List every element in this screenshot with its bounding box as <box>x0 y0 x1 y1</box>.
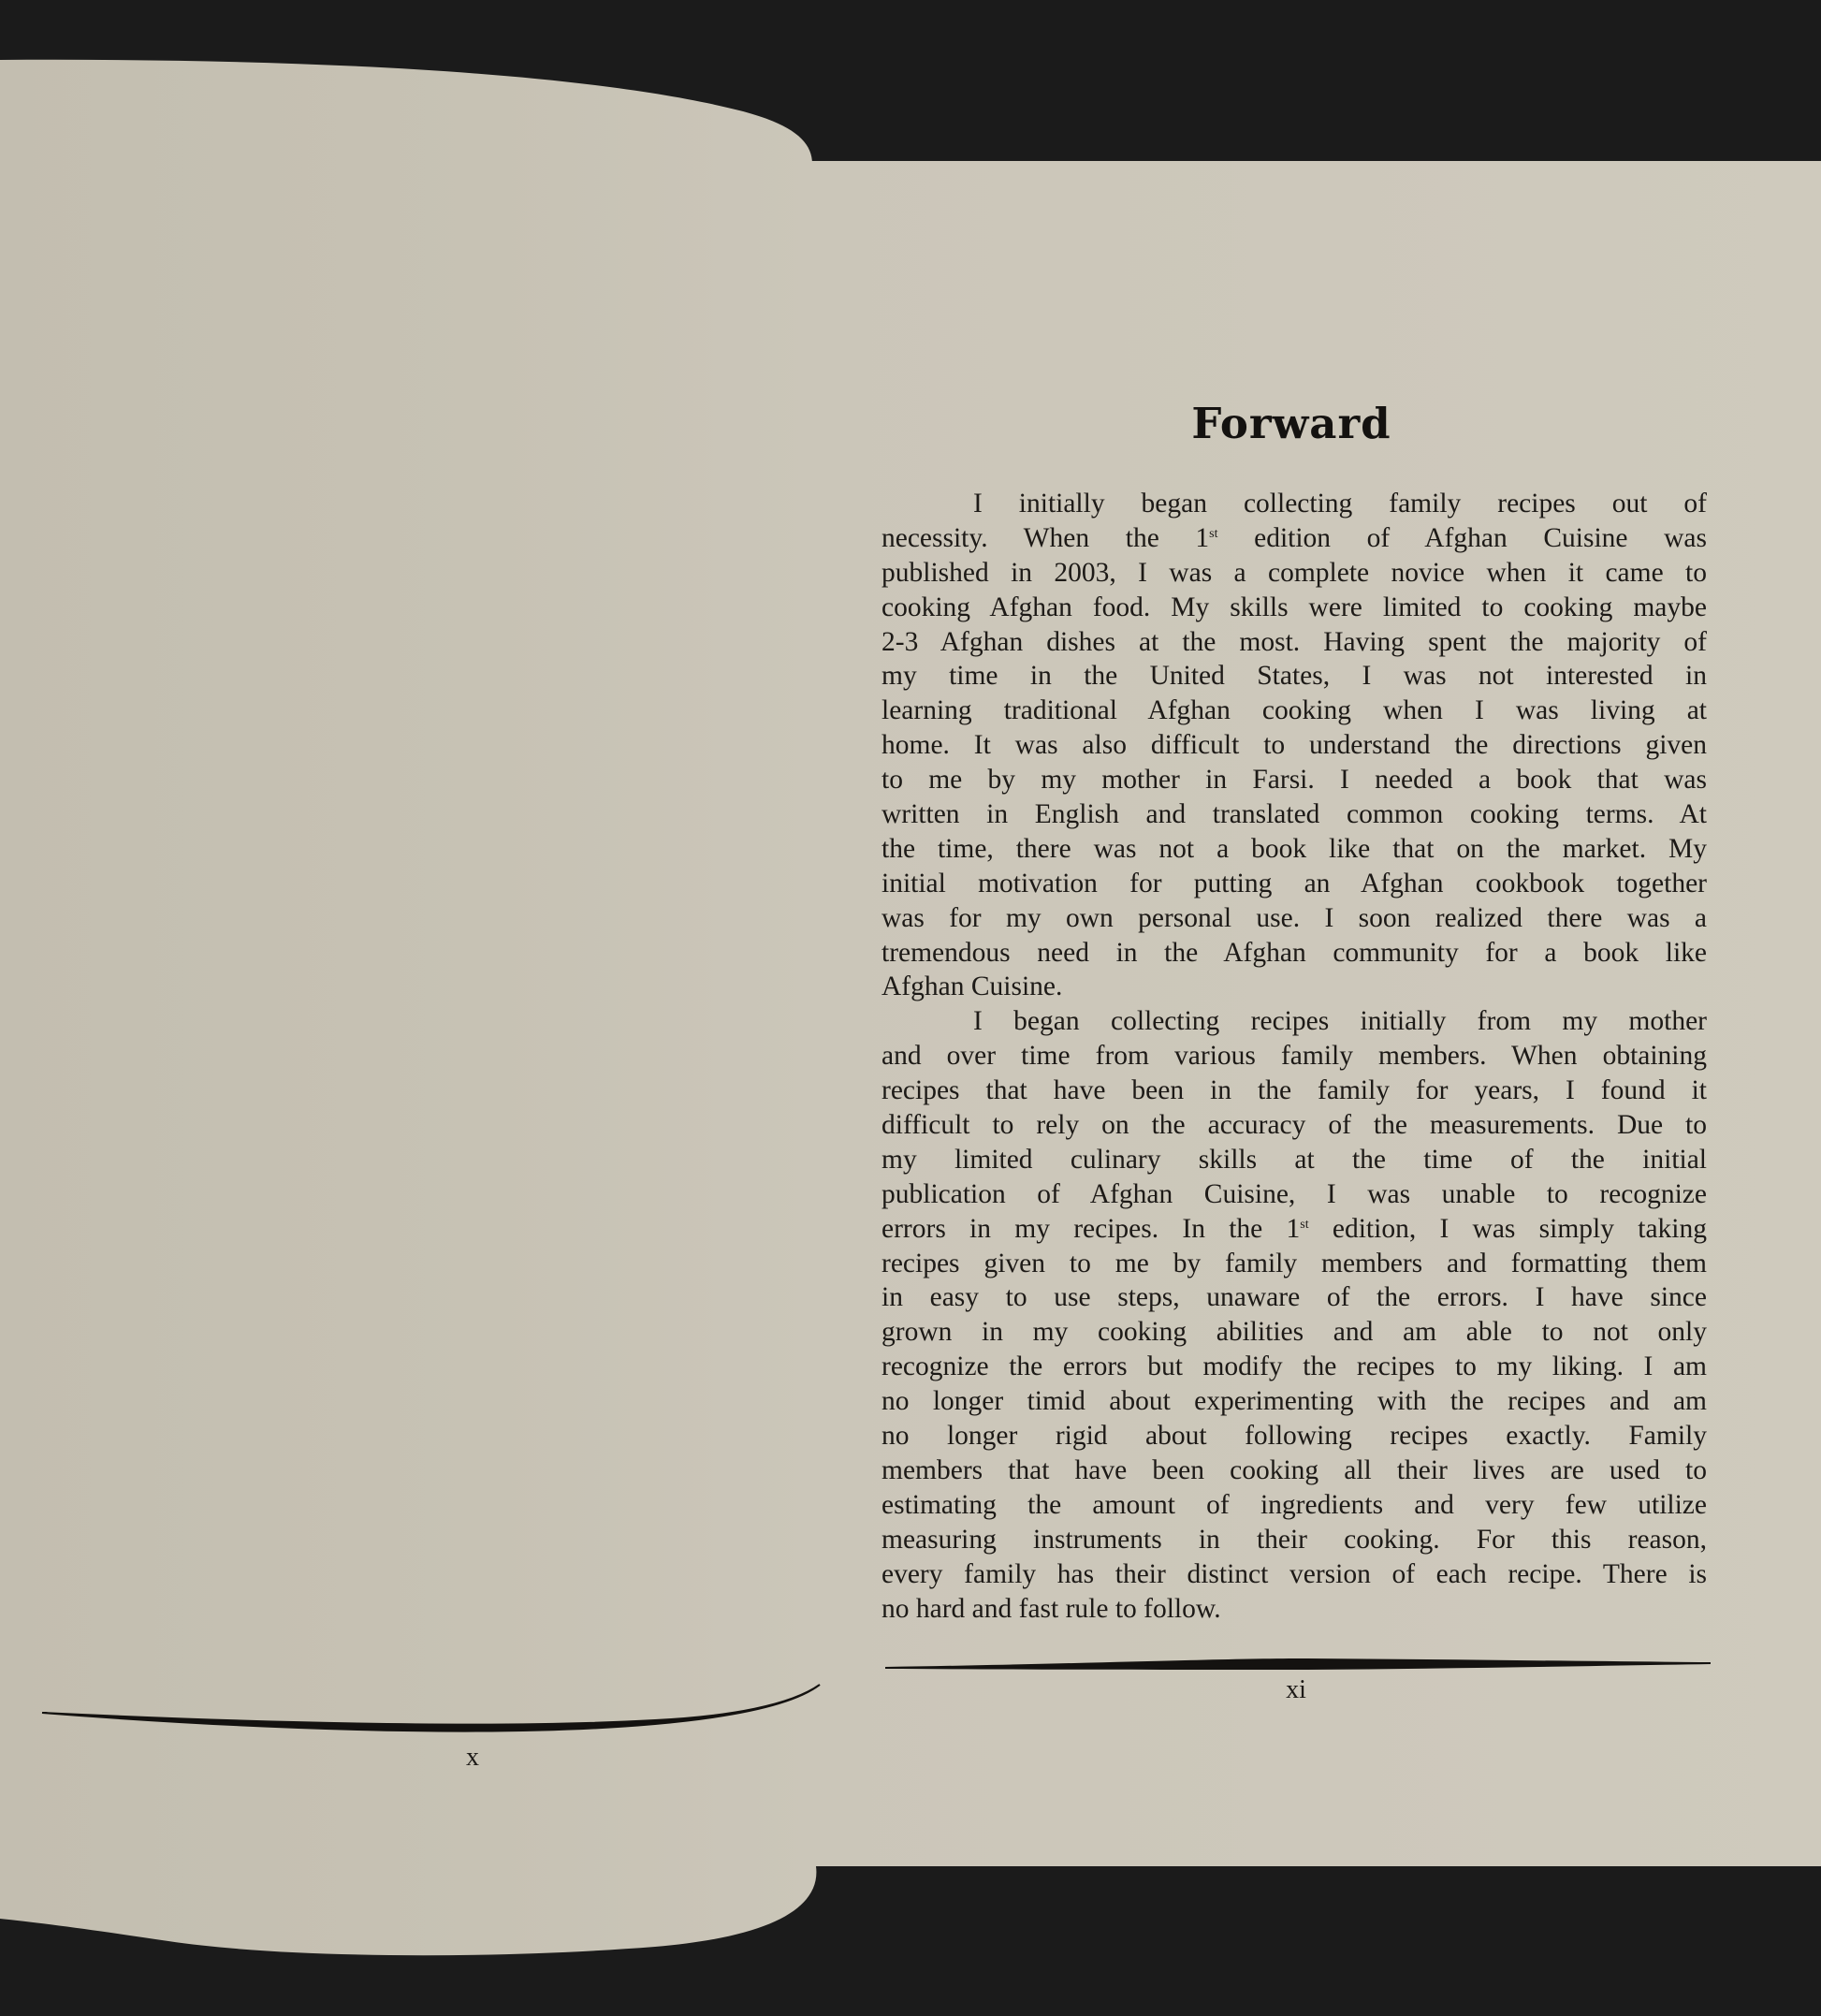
text-line: grown in my cooking abilities and am abl… <box>881 1315 1707 1350</box>
text-line: I initially began collecting family reci… <box>881 487 1707 521</box>
text-line: recognize the errors but modify the reci… <box>881 1350 1707 1384</box>
text-line: written in English and translated common… <box>881 797 1707 832</box>
text-line: was for my own personal use. I soon real… <box>881 901 1707 936</box>
text-line: 2-3 Afghan dishes at the most. Having sp… <box>881 625 1707 660</box>
text-line: initial motivation for putting an Afghan… <box>881 867 1707 901</box>
text-line: published in 2003, I was a complete novi… <box>881 556 1707 591</box>
right-page-content: Forward I initially began collecting fam… <box>0 0 1821 2016</box>
text-line: no hard and fast rule to follow. <box>881 1592 1707 1627</box>
text-line: my limited culinary skills at the time o… <box>881 1143 1707 1177</box>
text-line: no longer timid about experimenting with… <box>881 1384 1707 1419</box>
text-line: I began collecting recipes initially fro… <box>881 1004 1707 1039</box>
text-line: Afghan Cuisine. <box>881 970 1707 1004</box>
text-line: publication of Afghan Cuisine, I was una… <box>881 1177 1707 1212</box>
text-line: in easy to use steps, unaware of the err… <box>881 1280 1707 1315</box>
text-line: errors in my recipes. In the 1st edition… <box>881 1212 1707 1247</box>
text-line: and over time from various family member… <box>881 1039 1707 1074</box>
text-line: no longer rigid about following recipes … <box>881 1419 1707 1454</box>
text-line: members that have been cooking all their… <box>881 1454 1707 1488</box>
text-line: necessity. When the 1st edition of Afgha… <box>881 521 1707 556</box>
text-line: to me by my mother in Farsi. I needed a … <box>881 763 1707 797</box>
text-line: the time, there was not a book like that… <box>881 832 1707 867</box>
open-book-photo: Forward I initially began collecting fam… <box>0 0 1821 2016</box>
page-number-left: x <box>426 1743 519 1773</box>
text-line: home. It was also difficult to understan… <box>881 728 1707 763</box>
text-line: estimating the amount of ingredients and… <box>881 1488 1707 1523</box>
text-line: recipes that have been in the family for… <box>881 1074 1707 1108</box>
text-line: every family has their distinct version … <box>881 1557 1707 1592</box>
text-line: learning traditional Afghan cooking when… <box>881 694 1707 728</box>
page-number-right: xi <box>1249 1675 1343 1705</box>
text-line: my time in the United States, I was not … <box>881 659 1707 694</box>
text-line: recipes given to me by family members an… <box>881 1247 1707 1281</box>
text-line: measuring instruments in their cooking. … <box>881 1523 1707 1557</box>
page-title: Forward <box>823 399 1759 448</box>
text-line: cooking Afghan food. My skills were limi… <box>881 591 1707 625</box>
text-line: tremendous need in the Afghan community … <box>881 936 1707 971</box>
forward-body-text: I initially began collecting family reci… <box>881 487 1707 1626</box>
text-line: difficult to rely on the accuracy of the… <box>881 1108 1707 1143</box>
